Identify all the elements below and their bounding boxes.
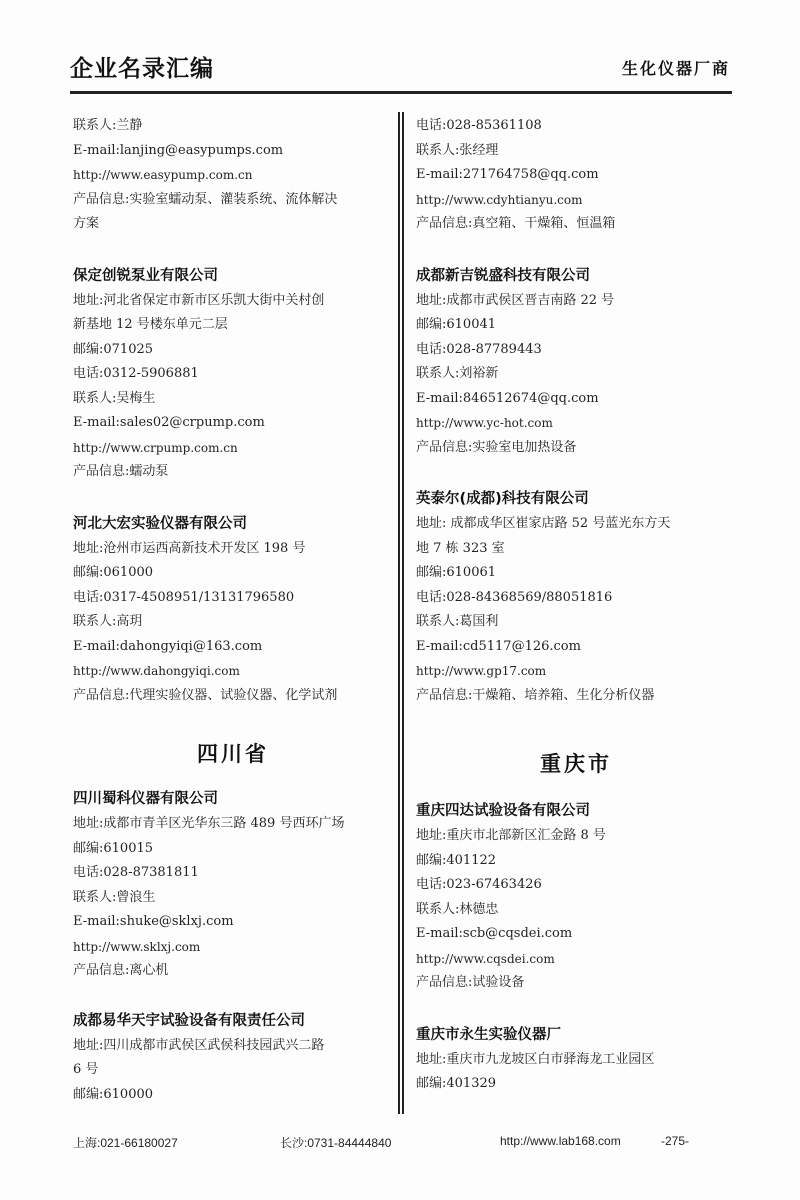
phone-line: 电话:028-85361108	[416, 114, 736, 139]
continued-entry: 电话:028-85361108 联系人:张经理 E-mail:271764758…	[416, 114, 736, 237]
contact-line: 联系人:吴梅生	[73, 387, 393, 412]
column-divider	[398, 112, 404, 1114]
website-link[interactable]: http://www.sklxj.com	[73, 935, 393, 960]
address-line: 地址: 成都成华区崔家店路 52 号蓝光东方天	[416, 512, 736, 537]
section-title-chongqing: 重庆市	[416, 748, 736, 778]
product-line: 产品信息:实验室蠕动泵、灌装系统、流体解决	[73, 188, 393, 213]
website-link[interactable]: http://www.yc-hot.com	[416, 411, 736, 436]
product-line: 产品信息:蠕动泵	[73, 460, 393, 485]
company-entry: 四川蜀科仪器有限公司 地址:成都市青羊区光华东三路 489 号西环广场 邮编:6…	[73, 786, 393, 984]
product-line: 产品信息:干燥箱、培养箱、生化分析仪器	[416, 684, 736, 709]
phone-line: 电话:028-87381811	[73, 861, 393, 886]
email-line: E-mail:dahongyiqi@163.com	[73, 635, 393, 660]
company-entry: 英泰尔(成都)科技有限公司 地址: 成都成华区崔家店路 52 号蓝光东方天 地 …	[416, 486, 736, 708]
company-name: 英泰尔(成都)科技有限公司	[416, 486, 736, 512]
contact-line: 联系人:刘裕新	[416, 362, 736, 387]
postcode-line: 邮编:610000	[73, 1083, 393, 1108]
footer-changsha-phone: 长沙:0731-84444840	[280, 1134, 391, 1151]
address-line: 地址:重庆市九龙坡区白市驿海龙工业园区	[416, 1048, 736, 1073]
postcode-line: 邮编:061000	[73, 561, 393, 586]
product-line: 产品信息:试验设备	[416, 971, 736, 996]
website-link[interactable]: http://www.cdyhtianyu.com	[416, 188, 736, 213]
contact-line: 联系人:高玥	[73, 610, 393, 635]
contact-line: 联系人:兰静	[73, 114, 393, 139]
postcode-line: 邮编:401122	[416, 849, 736, 874]
product-line: 产品信息:真空箱、干燥箱、恒温箱	[416, 212, 736, 237]
website-link[interactable]: http://www.easypump.com.cn	[73, 163, 393, 188]
phone-line: 电话:0312-5906881	[73, 362, 393, 387]
email-line: E-mail:scb@cqsdei.com	[416, 922, 736, 947]
address-line: 地址:河北省保定市新市区乐凯大街中关村创	[73, 289, 393, 314]
page-number: -275-	[661, 1134, 689, 1148]
section-title-sichuan: 四川省	[73, 738, 393, 768]
address-line: 地址:沧州市运西高新技术开发区 198 号	[73, 537, 393, 562]
company-entry: 保定创锐泵业有限公司 地址:河北省保定市新市区乐凯大街中关村创 新基地 12 号…	[73, 263, 393, 485]
email-line: E-mail:cd5117@126.com	[416, 635, 736, 660]
email-line: E-mail:846512674@qq.com	[416, 387, 736, 412]
company-entry: 重庆四达试验设备有限公司 地址:重庆市北部新区汇金路 8 号 邮编:401122…	[416, 798, 736, 996]
left-column: 联系人:兰静 E-mail:lanjing@easypumps.com http…	[73, 114, 393, 1107]
contact-line: 联系人:曾浪生	[73, 886, 393, 911]
email-line: E-mail:271764758@qq.com	[416, 163, 736, 188]
footer-website-link[interactable]: http://www.lab168.com	[500, 1134, 621, 1148]
company-name: 河北大宏实验仪器有限公司	[73, 511, 393, 537]
product-line: 产品信息:代理实验仪器、试验仪器、化学试剂	[73, 684, 393, 709]
company-entry: 成都新吉锐盛科技有限公司 地址:成都市武侯区晋吉南路 22 号 邮编:61004…	[416, 263, 736, 461]
address-line-cont: 新基地 12 号楼东单元二层	[73, 313, 393, 338]
email-line: E-mail:lanjing@easypumps.com	[73, 139, 393, 164]
page-header: 企业名录汇编 生化仪器厂商	[70, 50, 730, 84]
address-line-cont: 地 7 栋 323 室	[416, 537, 736, 562]
company-name: 保定创锐泵业有限公司	[73, 263, 393, 289]
address-line-cont: 6 号	[73, 1058, 393, 1083]
phone-line: 电话:0317-4508951/13131796580	[73, 586, 393, 611]
product-line: 产品信息:实验室电加热设备	[416, 436, 736, 461]
company-name: 成都易华天宇试验设备有限责任公司	[73, 1008, 393, 1034]
phone-line: 电话:023-67463426	[416, 873, 736, 898]
company-name: 重庆市永生实验仪器厂	[416, 1022, 736, 1048]
website-link[interactable]: http://www.crpump.com.cn	[73, 436, 393, 461]
website-link[interactable]: http://www.gp17.com	[416, 659, 736, 684]
address-line: 地址:成都市武侯区晋吉南路 22 号	[416, 289, 736, 314]
website-link[interactable]: http://www.cqsdei.com	[416, 947, 736, 972]
website-link[interactable]: http://www.dahongyiqi.com	[73, 659, 393, 684]
postcode-line: 邮编:610041	[416, 313, 736, 338]
company-entry: 重庆市永生实验仪器厂 地址:重庆市九龙坡区白市驿海龙工业园区 邮编:401329	[416, 1022, 736, 1097]
company-name: 重庆四达试验设备有限公司	[416, 798, 736, 824]
address-line: 地址:四川成都市武侯区武侯科技园武兴二路	[73, 1034, 393, 1059]
company-entry: 成都易华天宇试验设备有限责任公司 地址:四川成都市武侯区武侯科技园武兴二路 6 …	[73, 1008, 393, 1108]
phone-line: 电话:028-87789443	[416, 338, 736, 363]
header-rule	[70, 91, 732, 94]
footer-shanghai-phone: 上海:021-66180027	[73, 1134, 178, 1151]
postcode-line: 邮编:071025	[73, 338, 393, 363]
email-line: E-mail:shuke@sklxj.com	[73, 910, 393, 935]
contact-line: 联系人:张经理	[416, 139, 736, 164]
product-line-cont: 方案	[73, 212, 393, 237]
postcode-line: 邮编:610061	[416, 561, 736, 586]
postcode-line: 邮编:401329	[416, 1072, 736, 1097]
address-line: 地址:重庆市北部新区汇金路 8 号	[416, 824, 736, 849]
company-entry: 河北大宏实验仪器有限公司 地址:沧州市运西高新技术开发区 198 号 邮编:06…	[73, 511, 393, 709]
postcode-line: 邮编:610015	[73, 837, 393, 862]
contact-line: 联系人:葛国利	[416, 610, 736, 635]
company-name: 四川蜀科仪器有限公司	[73, 786, 393, 812]
page-category: 生化仪器厂商	[622, 56, 730, 79]
product-line: 产品信息:离心机	[73, 959, 393, 984]
page-title: 企业名录汇编	[70, 50, 214, 83]
company-name: 成都新吉锐盛科技有限公司	[416, 263, 736, 289]
continued-entry: 联系人:兰静 E-mail:lanjing@easypumps.com http…	[73, 114, 393, 237]
phone-line: 电话:028-84368569/88051816	[416, 586, 736, 611]
email-line: E-mail:sales02@crpump.com	[73, 411, 393, 436]
page-footer: 上海:021-66180027 长沙:0731-84444840 http://…	[73, 1134, 733, 1154]
address-line: 地址:成都市青羊区光华东三路 489 号西环广场	[73, 812, 393, 837]
contact-line: 联系人:林德忠	[416, 898, 736, 923]
right-column: 电话:028-85361108 联系人:张经理 E-mail:271764758…	[416, 114, 736, 1097]
